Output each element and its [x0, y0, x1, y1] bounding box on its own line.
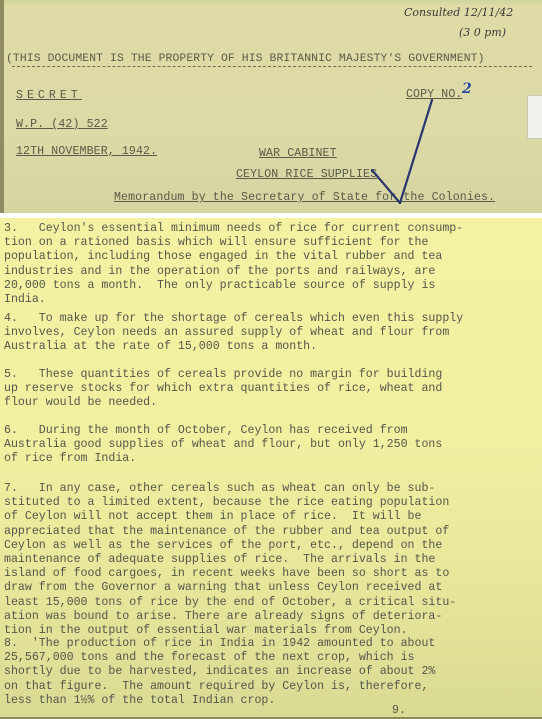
paragraph-line: flour would be needed.	[4, 396, 157, 409]
paragraph-line: of Ceylon will not accept them in place …	[4, 510, 421, 523]
handwritten-consulted-note: Consulted 12/11/42	[404, 6, 513, 19]
paragraph-line: Australia at the rate of 15,000 tons a m…	[4, 340, 317, 353]
paragraph-8: 8. 'The production of rice in India in 1…	[4, 637, 538, 708]
paragraph-7: 7. In any case, other cereals such as wh…	[4, 482, 538, 638]
paragraph-4: 4. To make up for the shortage of cereal…	[4, 312, 538, 355]
paragraph-line: 6. During the month of October, Ceylon h…	[4, 424, 408, 437]
property-notice: (THIS DOCUMENT IS THE PROPERTY OF HIS BR…	[6, 53, 485, 65]
paragraph-line: 5. These quantities of cereals provide n…	[4, 368, 442, 381]
document-header-section: Consulted 12/11/42 (3 0 pm) (THIS DOCUME…	[0, 0, 542, 213]
paragraph-line: India.	[4, 293, 46, 306]
memorandum-line: Memorandum by the Secretary of State for…	[114, 191, 495, 204]
paragraph-line: Australia good supplies of wheat and flo…	[4, 438, 442, 451]
paragraph-line: less than 1½% of the total Indian crop.	[4, 694, 275, 707]
paragraph-line: 7. In any case, other cereals such as wh…	[4, 482, 435, 495]
paragraph-line: tion in the output of essential war mate…	[4, 624, 408, 637]
paragraph-line: stituted to a limited extent, because th…	[4, 496, 449, 509]
copy-number-label: COPY NO.	[406, 88, 462, 101]
paragraph-line: maintenance of adequate supplies of rice…	[4, 553, 435, 566]
paragraph-line: involves, Ceylon needs an assured supply…	[4, 326, 449, 339]
document-date: 12TH NOVEMBER, 1942.	[16, 145, 157, 158]
paragraph-line: least 15,000 tons of rice by the end of …	[4, 596, 456, 609]
paragraph-line: 3. Ceylon's essential minimum needs of r…	[4, 222, 463, 235]
paragraph-line: appreciated that the maintenance of the …	[4, 525, 449, 538]
next-page-marker: 9.	[392, 704, 406, 717]
paragraph-line: draw from the Governor a warning that un…	[4, 581, 442, 594]
copy-number-handwritten: 2	[462, 81, 472, 97]
paragraph-line: 8. 'The production of rice in India in 1…	[4, 637, 435, 650]
paragraph-line: 25,567,000 tons and the forecast of the …	[4, 651, 415, 664]
paragraph-line: up reserve stocks for which extra quanti…	[4, 382, 442, 395]
paragraph-line: 4. To make up for the shortage of cereal…	[4, 312, 463, 325]
war-paper-reference: W.P. (42) 522	[16, 118, 108, 131]
page-edge-tab	[527, 95, 542, 139]
paragraph-5: 5. These quantities of cereals provide n…	[4, 368, 538, 411]
paragraph-line: population, including those engaged in t…	[4, 250, 442, 263]
paragraph-line: of rice from India.	[4, 452, 136, 465]
paragraph-line: shortly due to be harvested, indicates a…	[4, 665, 435, 678]
paragraph-line: Ceylon as well as the services of the po…	[4, 539, 442, 552]
paragraph-line: island of food cargoes, in recent weeks …	[4, 567, 449, 580]
document-subject: CEYLON RICE SUPPLIES	[236, 168, 377, 181]
dashed-divider	[12, 66, 532, 67]
paragraph-line: industries and in the operation of the p…	[4, 265, 435, 278]
document-body-title: WAR CABINET	[259, 147, 337, 160]
paragraph-6: 6. During the month of October, Ceylon h…	[4, 424, 538, 467]
classification-label: SECRET	[16, 89, 82, 102]
handwritten-time-note: (3 0 pm)	[459, 26, 506, 39]
paragraph-3: 3. Ceylon's essential minimum needs of r…	[4, 222, 538, 307]
paragraph-line: on that figure. The amount required by C…	[4, 680, 428, 693]
paragraph-line: 20,000 tons a month. The only practicabl…	[4, 279, 435, 292]
paragraph-line: tion on a rationed basis which will ensu…	[4, 236, 428, 249]
paragraph-line: ation was bound to arise. There are alre…	[4, 610, 442, 623]
